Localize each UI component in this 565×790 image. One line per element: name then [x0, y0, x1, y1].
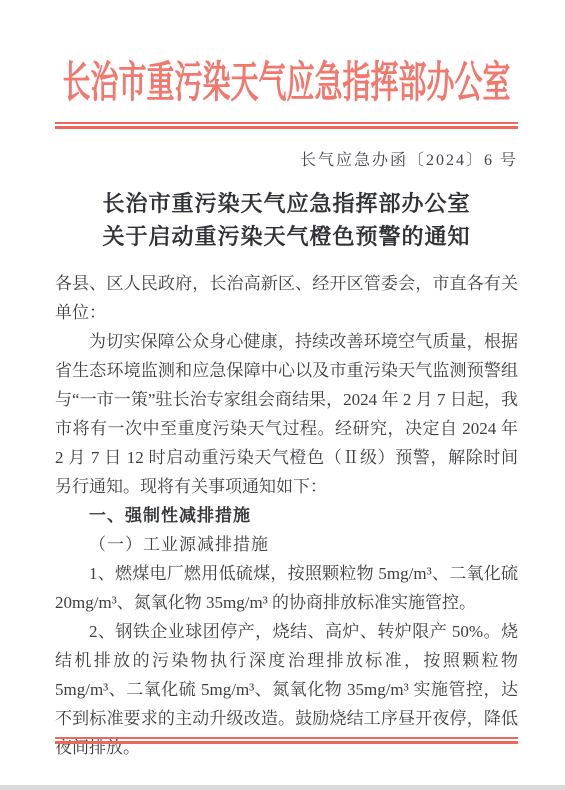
document-number: 长气应急办函〔2024〕6 号 [55, 151, 518, 171]
salutation: 各县、区人民政府，长治高新区、经开区管委会，市直各有关单位： [55, 269, 518, 327]
notice-title: 长治市重污染天气应急指挥部办公室 关于启动重污染天气橙色预警的通知 [55, 187, 518, 253]
document-content: 长治市重污染天气应急指挥部办公室 长气应急办函〔2024〕6 号 长治市重污染天… [0, 44, 565, 762]
notice-body: 各县、区人民政府，长治高新区、经开区管委会，市直各有关单位： 为切实保障公众身心… [55, 269, 518, 762]
notice-title-line2: 关于启动重污染天气橙色预警的通知 [102, 224, 470, 249]
footer-divider [55, 737, 518, 744]
letterhead-divider [55, 122, 518, 129]
subsection-1-heading: （一）工业源减排措施 [55, 530, 518, 559]
letterhead: 长治市重污染天气应急指挥部办公室 [55, 44, 518, 116]
document-page: 长治市重污染天气应急指挥部办公室 长气应急办函〔2024〕6 号 长治市重污染天… [0, 0, 565, 790]
measure-item-1: 1、燃煤电厂燃用低硫煤，按照颗粒物 5mg/m³、二氧化硫 20mg/m³、氮氧… [55, 559, 518, 617]
page-bottom-edge [0, 785, 565, 790]
section-1-heading: 一、强制性减排措施 [55, 501, 518, 530]
notice-title-line1: 长治市重污染天气应急指挥部办公室 [102, 191, 470, 216]
paragraph-intro: 为切实保障公众身心健康，持续改善环境空气质量，根据省生态环境监测和应急保障中心以… [55, 327, 518, 501]
letterhead-title: 长治市重污染天气应急指挥部办公室 [62, 49, 510, 111]
